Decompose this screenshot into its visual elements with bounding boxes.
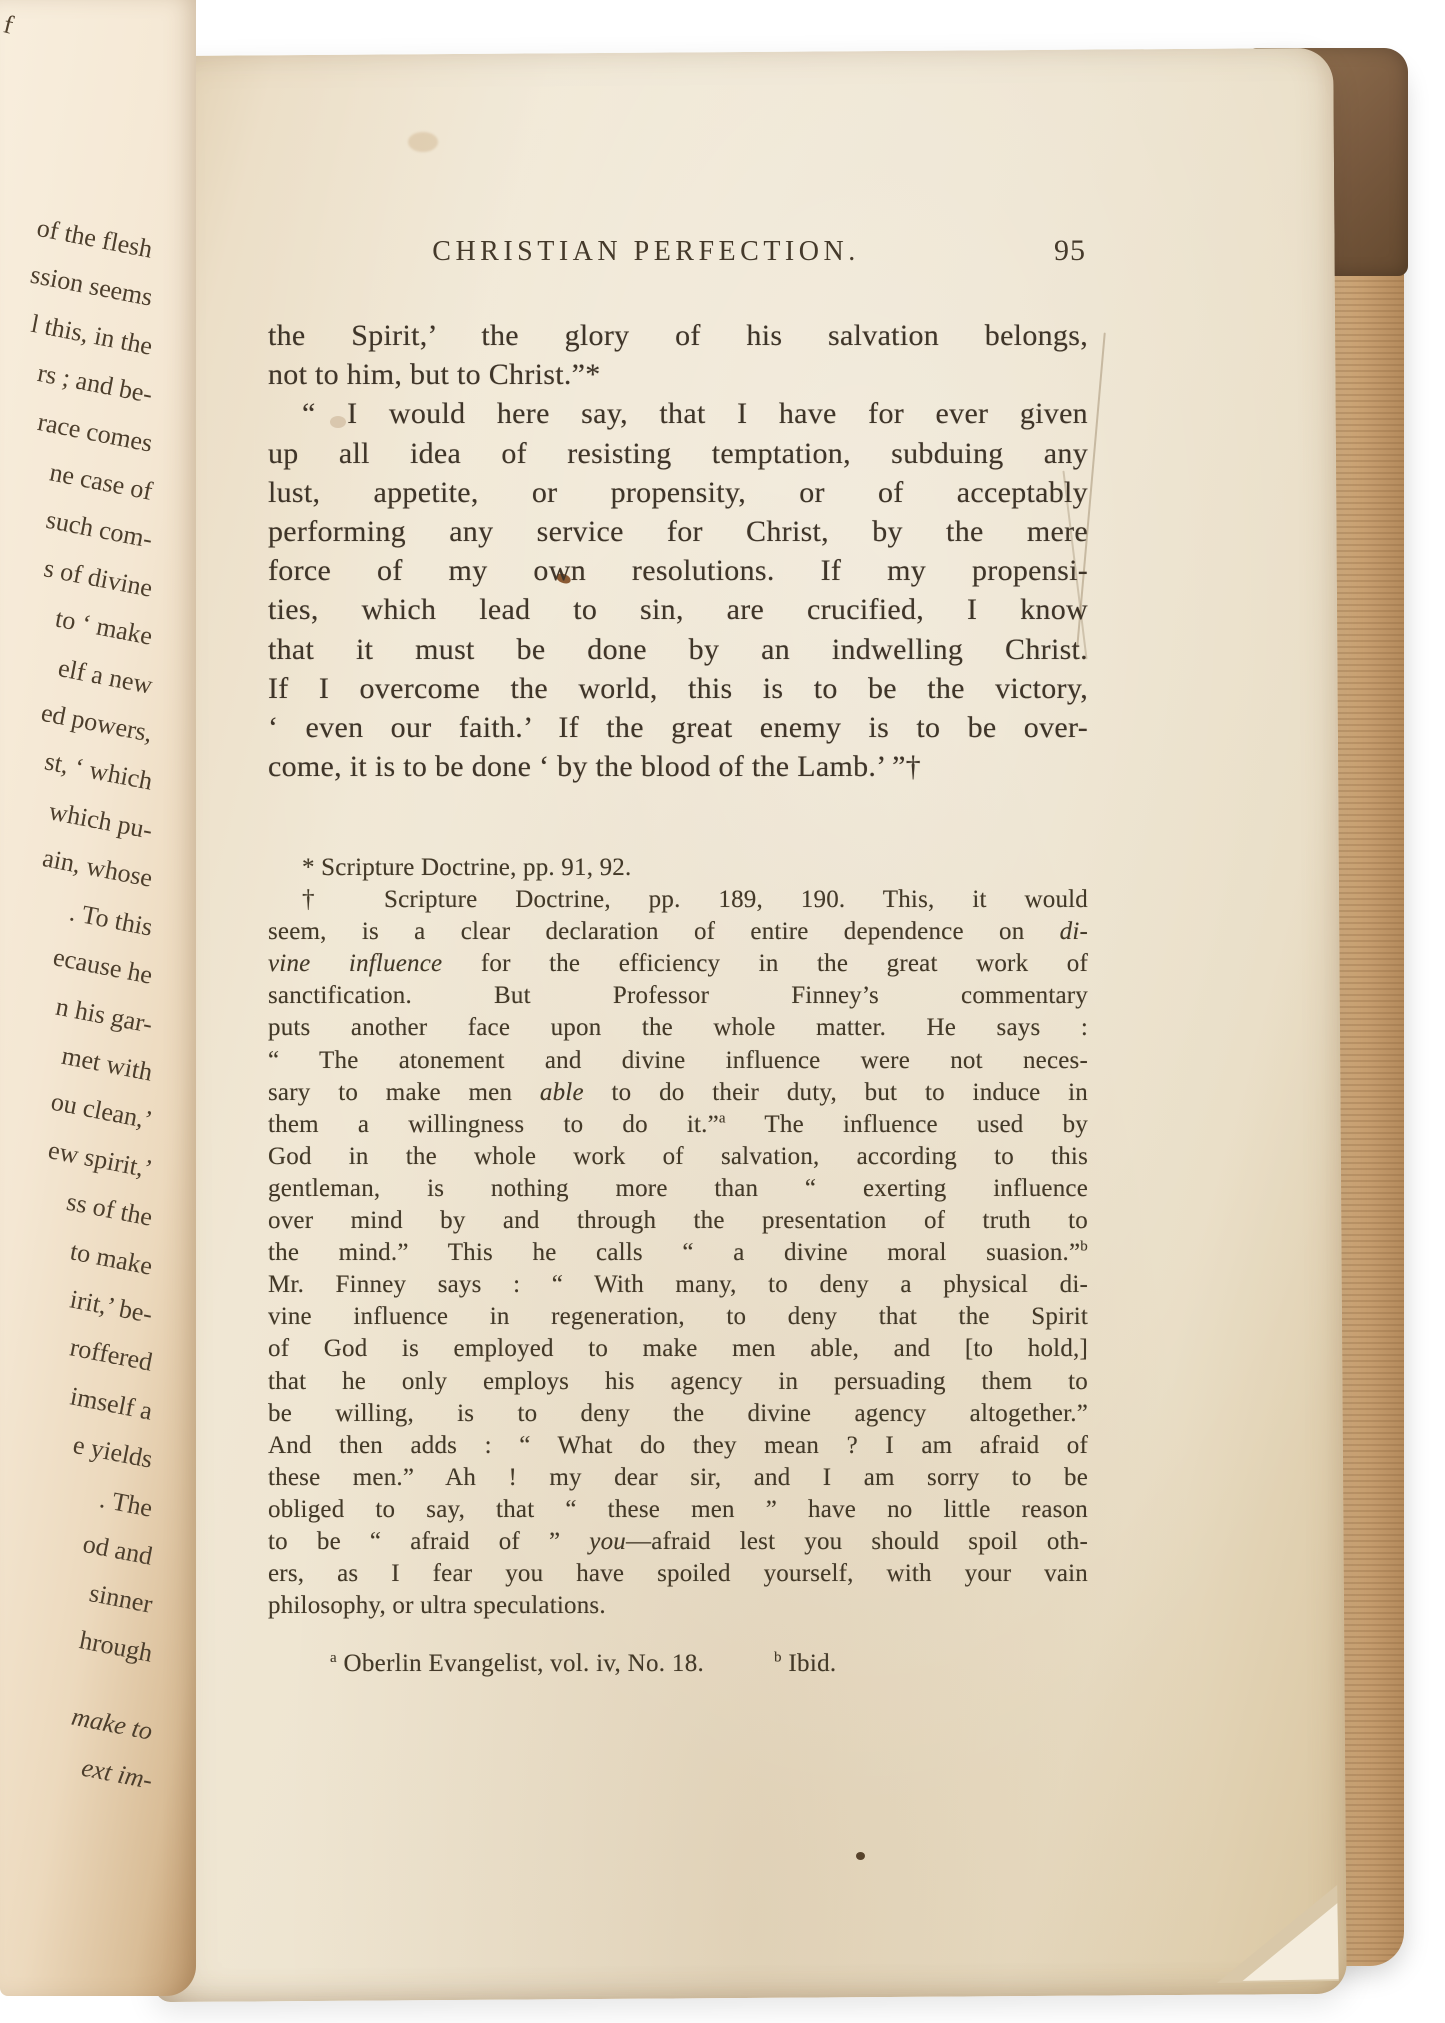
text-line: vine influence in regeneration, to deny … bbox=[268, 1301, 1088, 1333]
ink-speck bbox=[856, 1852, 865, 1860]
text-line: vine influence for the efficiency in the… bbox=[268, 948, 1088, 980]
text-line: to be “ afraid of ” you—afraid lest you … bbox=[268, 1526, 1088, 1558]
text-line: sanctification. But Professor Finney’s c… bbox=[268, 980, 1088, 1012]
text-line: sary to make men able to do their duty, … bbox=[268, 1077, 1088, 1109]
text-line: the Spirit,’ the glory of his salvation … bbox=[268, 316, 1088, 355]
text-line: the mind.” This he calls “ a divine mora… bbox=[268, 1237, 1088, 1269]
text-line: up all idea of resisting temptation, sub… bbox=[268, 434, 1088, 473]
text-line: And then adds : “ What do they mean ? I … bbox=[268, 1430, 1088, 1462]
text-line: force of my own resolutions. If my prope… bbox=[268, 551, 1088, 590]
text-line: not to him, but to Christ.”* bbox=[268, 355, 1088, 394]
text-line: come, it is to be done ‘ by the blood of… bbox=[268, 747, 1088, 786]
foxing-stain bbox=[408, 132, 438, 152]
footnotes: * Scripture Doctrine, pp. 91, 92.† Scrip… bbox=[268, 852, 1088, 1622]
book-photo: { "photo": { "background_color": "#fffff… bbox=[0, 0, 1445, 2023]
page-title: CHRISTIAN PERFECTION. bbox=[236, 236, 1056, 268]
text-line: God in the whole work of salvation, acco… bbox=[268, 1141, 1088, 1173]
text-line: ers, as I fear you have spoiled yourself… bbox=[268, 1558, 1088, 1590]
footnote-source-b: Ibid. bbox=[782, 1650, 837, 1677]
text-line: “ The atonement and divine influence wer… bbox=[268, 1045, 1088, 1077]
text-line: gentleman, is nothing more than “ exerti… bbox=[268, 1173, 1088, 1205]
text-line: “ I would here say, that I have for ever… bbox=[268, 394, 1088, 433]
text-line: ties, which lead to sin, are crucified, … bbox=[268, 590, 1088, 629]
text-line: that he only employs his agency in persu… bbox=[268, 1366, 1088, 1398]
left-page-fragments: of the fleshssion seemsl this, in thers … bbox=[0, 226, 152, 1805]
body-text: the Spirit,’ the glory of his salvation … bbox=[268, 316, 1088, 786]
text-line: performing any service for Christ, by th… bbox=[268, 512, 1088, 551]
text-line: philosophy, or ultra speculations. bbox=[268, 1590, 1088, 1622]
text-line: these men.” Ah ! my dear sir, and I am s… bbox=[268, 1462, 1088, 1494]
footnote-sources: a Oberlin Evangelist, vol. iv, No. 18.b … bbox=[268, 1650, 1088, 1678]
footnote-source-a: Oberlin Evangelist, vol. iv, No. 18. bbox=[337, 1650, 704, 1677]
text-line: obliged to say, that “ these men ” have … bbox=[268, 1494, 1088, 1526]
page-header: CHRISTIAN PERFECTION. 95 bbox=[268, 236, 1088, 278]
text-line: † Scripture Doctrine, pp. 189, 190. This… bbox=[268, 884, 1088, 916]
text-line: be willing, is to deny the divine agency… bbox=[268, 1398, 1088, 1430]
text-line: lust, appetite, or propensity, or of acc… bbox=[268, 473, 1088, 512]
text-line: that it must be done by an indwelling Ch… bbox=[268, 630, 1088, 669]
text-line: of God is employed to make men able, and… bbox=[268, 1333, 1088, 1365]
text-line: them a willingness to do it.”a The influ… bbox=[268, 1109, 1088, 1141]
text-line: over mind by and through the presentatio… bbox=[268, 1205, 1088, 1237]
text-line: seem, is a clear declaration of entire d… bbox=[268, 916, 1088, 948]
text-line: Mr. Finney says : “ With many, to deny a… bbox=[268, 1269, 1088, 1301]
text-line: * Scripture Doctrine, pp. 91, 92. bbox=[268, 852, 1088, 884]
page-number: 95 bbox=[1054, 234, 1086, 268]
text-line: If I overcome the world, this is to be t… bbox=[268, 669, 1088, 708]
text-line: puts another face upon the whole matter.… bbox=[268, 1012, 1088, 1044]
text-line: ‘ even our faith.’ If the great enemy is… bbox=[268, 708, 1088, 747]
footnote-marker-b: b bbox=[774, 1650, 782, 1666]
folded-corner-face bbox=[1241, 1903, 1338, 1981]
footnote-marker-a: a bbox=[330, 1650, 337, 1666]
